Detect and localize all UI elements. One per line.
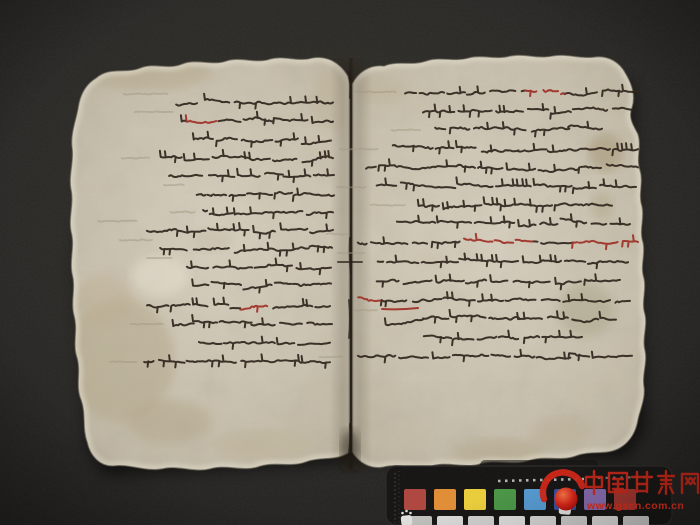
vignette <box>0 0 700 525</box>
manuscript-photograph: www.gscn.com.cn <box>0 0 700 525</box>
photo-scene: www.gscn.com.cn <box>0 0 700 525</box>
